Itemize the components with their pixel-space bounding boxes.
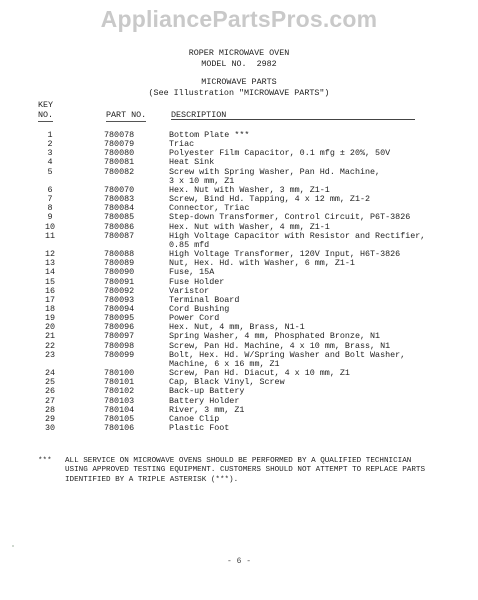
table-row: 23780099Bolt, Hex. Hd. W/Spring Washer a… xyxy=(0,351,478,369)
section-header: MICROWAVE PARTS (See Illustration "MICRO… xyxy=(0,77,478,98)
parts-table: 1780078Bottom Plate ***2780079Triac37800… xyxy=(0,131,478,433)
description-underline xyxy=(171,119,415,120)
part-number-cell: 780099 xyxy=(104,351,169,360)
table-row: 5780082Screw with Spring Washer, Pan Hd.… xyxy=(0,168,478,186)
scan-speck xyxy=(12,545,14,547)
watermark: AppliancePartsPros.com xyxy=(0,6,478,33)
table-row: 13780089Nut, Hex. Hd. with Washer, 6 mm,… xyxy=(0,259,478,268)
part-number-cell: 780082 xyxy=(104,168,169,177)
column-header-part: PART NO. xyxy=(106,110,146,122)
brand-line: ROPER MICROWAVE OVEN xyxy=(0,48,478,59)
description-cell: Bolt, Hex. Hd. W/Spring Washer and Bolt … xyxy=(169,351,439,369)
key-header-line2: NO. xyxy=(38,110,53,122)
table-row: 26780102Back-up Battery xyxy=(0,387,478,396)
table-row: 18780094Cord Bushing xyxy=(0,305,478,314)
table-row: 15780091Fuse Holder xyxy=(0,278,478,287)
table-row: 28780104River, 3 mm, Z1 xyxy=(0,406,478,415)
table-row: 17780093Terminal Board xyxy=(0,296,478,305)
key-cell: 30 xyxy=(37,424,63,433)
key-cell: 5 xyxy=(37,168,63,177)
part-header: PART NO. xyxy=(106,110,146,122)
key-cell: 23 xyxy=(37,351,63,360)
description-cell: Screw with Spring Washer, Pan Hd. Machin… xyxy=(169,168,439,186)
table-row: 14780090Fuse, 15A xyxy=(0,268,478,277)
table-row: 29780105Canoe Clip xyxy=(0,415,478,424)
section-title: MICROWAVE PARTS xyxy=(0,77,478,88)
table-row: 3780080Polyester Film Capacitor, 0.1 mfg… xyxy=(0,149,478,158)
page-number: - 6 - xyxy=(0,557,478,566)
description-cell: Bottom Plate *** xyxy=(169,131,439,140)
key-header-line1: KEY xyxy=(38,100,53,110)
column-header-key: KEY NO. xyxy=(38,100,53,122)
table-row: 16780092Varistor xyxy=(0,287,478,296)
section-subtitle: (See Illustration "MICROWAVE PARTS") xyxy=(0,88,478,99)
document-header: ROPER MICROWAVE OVEN MODEL NO. 2982 xyxy=(0,48,478,69)
footnote-text: ALL SERVICE ON MICROWAVE OVENS SHOULD BE… xyxy=(65,457,425,485)
table-row: 11780087High Voltage Capacitor with Resi… xyxy=(0,232,478,250)
description-cell: Fuse Holder xyxy=(169,278,439,287)
key-cell: 11 xyxy=(37,232,63,241)
model-line: MODEL NO. 2982 xyxy=(0,59,478,70)
description-cell: Plastic Foot xyxy=(169,424,439,433)
footnote-marker: *** xyxy=(38,457,52,466)
description-cell: High Voltage Capacitor with Resistor and… xyxy=(169,232,439,250)
part-number-cell: 780087 xyxy=(104,232,169,241)
part-number-cell: 780106 xyxy=(104,424,169,433)
table-row: 1780078Bottom Plate *** xyxy=(0,131,478,140)
table-row: 30780106Plastic Foot xyxy=(0,424,478,433)
